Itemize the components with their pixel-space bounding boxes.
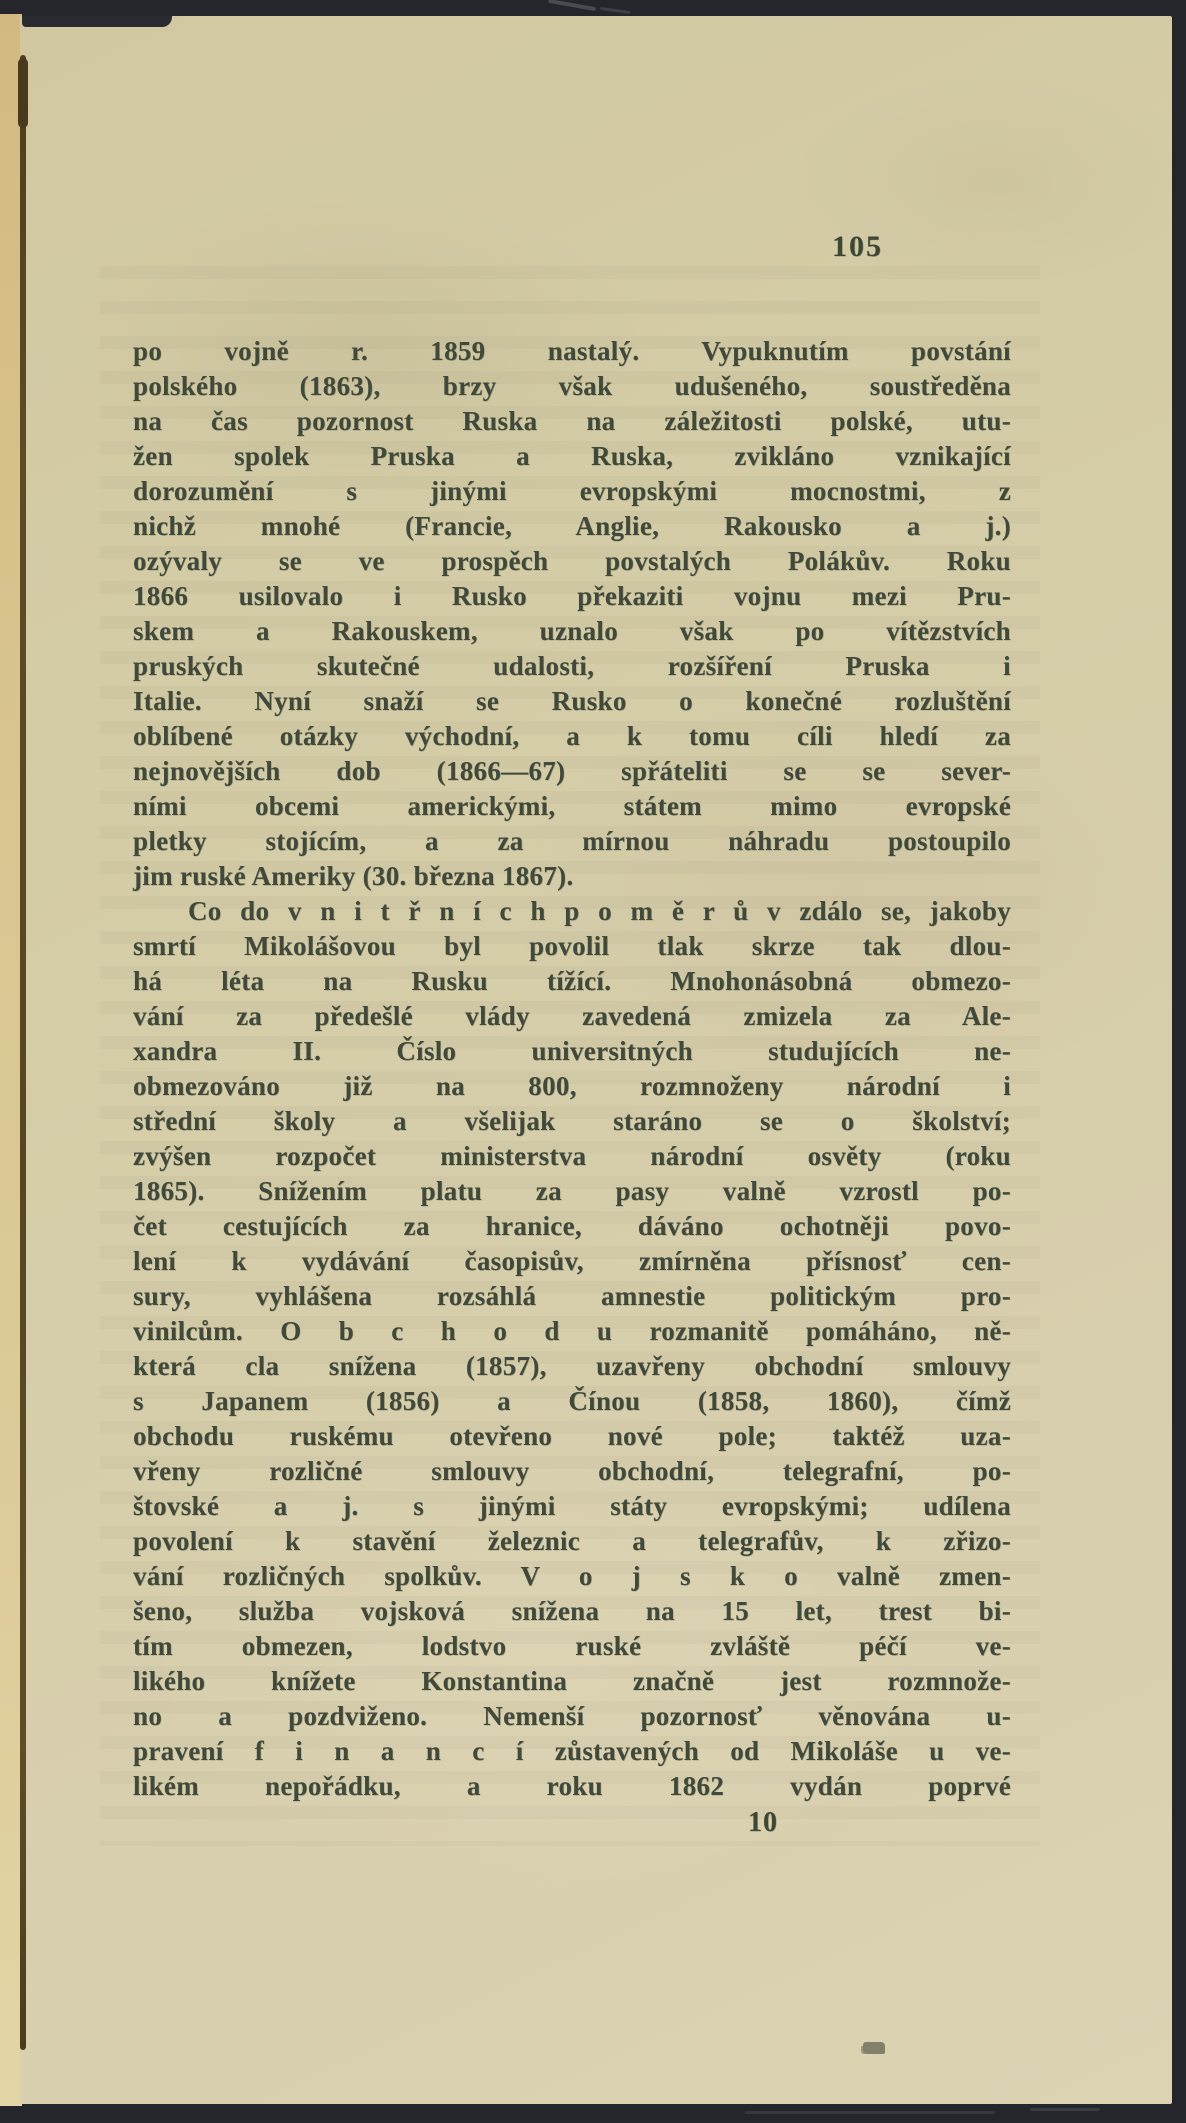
text-line: likém nepořádku, a roku 1862 vydán poprv…: [133, 1769, 1011, 1804]
text-line: skem a Rakouskem, uznalo však po vítězst…: [133, 614, 1011, 649]
text-line: žen spolek Pruska a Ruska, zvikláno vzni…: [133, 439, 1011, 474]
text-line: na čas pozornost Ruska na záležitosti po…: [133, 404, 1011, 439]
text-line: která cla snížena (1857), uzavřeny obcho…: [133, 1349, 1011, 1384]
text-line: vání rozličných spolkův. V o j s k o val…: [133, 1559, 1011, 1594]
signature-footer-mark: 10: [748, 1807, 778, 1839]
text-line: povolení k stavění železnic a telegrafův…: [133, 1524, 1011, 1559]
text-line: dorozumění s jinými evropskými mocnostmi…: [133, 474, 1011, 509]
text-line: sury, vyhlášena rozsáhlá amnestie politi…: [133, 1279, 1011, 1314]
text-line: šeno, služba vojsková snížena na 15 let,…: [133, 1594, 1011, 1629]
text-line: 1865). Snížením platu za pasy valně vzro…: [133, 1174, 1011, 1209]
page-edge-strip: [0, 14, 22, 2106]
text-line: polského (1863), brzy však udušeného, so…: [133, 369, 1011, 404]
text-line: po vojně r. 1859 nastalý. Vypuknutím pov…: [133, 334, 1011, 369]
text-line: Italie. Nyní snaží se Rusko o konečné ro…: [133, 684, 1011, 719]
text-line: s Japanem (1856) a Čínou (1858, 1860), č…: [133, 1384, 1011, 1419]
frame-scratch: [600, 7, 630, 14]
text-line: štovské a j. s jinými státy evropskými; …: [133, 1489, 1011, 1524]
binding-gutter-line: [20, 55, 26, 2050]
frame-dash: [745, 2111, 995, 2114]
text-block: po vojně r. 1859 nastalý. Vypuknutím pov…: [133, 334, 1011, 1804]
text-line: vřeny rozličné smlouvy obchodní, telegra…: [133, 1454, 1011, 1489]
text-line: zvýšen rozpočet ministerstva národní osv…: [133, 1139, 1011, 1174]
text-line: no a pozdviženo. Nemenší pozornosť věnov…: [133, 1699, 1011, 1734]
text-line: pravení f i n a n c í zůstavených od Mik…: [133, 1734, 1011, 1769]
text-line: há léta na Rusku tížící. Mnohonásobná ob…: [133, 964, 1011, 999]
binding-gutter-blob: [18, 58, 28, 128]
text-line: pruských skutečné udalosti, rozšíření Pr…: [133, 649, 1011, 684]
text-line: smrtí Mikolášovou byl povolil tlak skrze…: [133, 929, 1011, 964]
text-line: vání za předešlé vlády zavedená zmizela …: [133, 999, 1011, 1034]
text-line: ními obcemi americkými, státem mimo evro…: [133, 789, 1011, 824]
ink-smudge: [863, 2042, 885, 2054]
text-line: oblíbené otázky východní, a k tomu cíli …: [133, 719, 1011, 754]
text-line: ozývaly se ve prospěch povstalých Poláků…: [133, 544, 1011, 579]
text-line: nichž mnohé (Francie, Anglie, Rakousko a…: [133, 509, 1011, 544]
corner-shadow: [22, 16, 172, 27]
text-line: likého knížete Konstantina značně jest r…: [133, 1664, 1011, 1699]
book-scan: 105 po vojně r. 1859 nastalý. Vypuknutím…: [0, 0, 1186, 2123]
text-line: jim ruské Ameriky (30. března 1867).: [133, 859, 1011, 894]
text-line: tím obmezen, lodstvo ruské zvláště péčí …: [133, 1629, 1011, 1664]
frame-dash: [1030, 2108, 1100, 2111]
text-line: 1866 usilovalo i Rusko překaziti vojnu m…: [133, 579, 1011, 614]
text-line: čet cestujících za hranice, dáváno ochot…: [133, 1209, 1011, 1244]
scanned-page: 105 po vojně r. 1859 nastalý. Vypuknutím…: [20, 16, 1172, 2104]
text-line: lení k vydávání časopisův, zmírněna přís…: [133, 1244, 1011, 1279]
text-line: nejnovějších dob (1866—67) spřáteliti se…: [133, 754, 1011, 789]
page-number: 105: [832, 230, 883, 264]
text-line: xandra II. Číslo universitných studující…: [133, 1034, 1011, 1069]
text-line: obmezováno již na 800, rozmnoženy národn…: [133, 1069, 1011, 1104]
text-line: vinilcům. O b c h o d u rozmanitě pomáhá…: [133, 1314, 1011, 1349]
text-line: obchodu ruskému otevřeno nové pole; takt…: [133, 1419, 1011, 1454]
frame-scratch: [548, 0, 596, 11]
text-line: pletky stojícím, a za mírnou náhradu pos…: [133, 824, 1011, 859]
text-line: Co do v n i t ř n í c h p o m ě r ů v zd…: [133, 894, 1011, 929]
text-line: střední školy a všelijak staráno se o šk…: [133, 1104, 1011, 1139]
